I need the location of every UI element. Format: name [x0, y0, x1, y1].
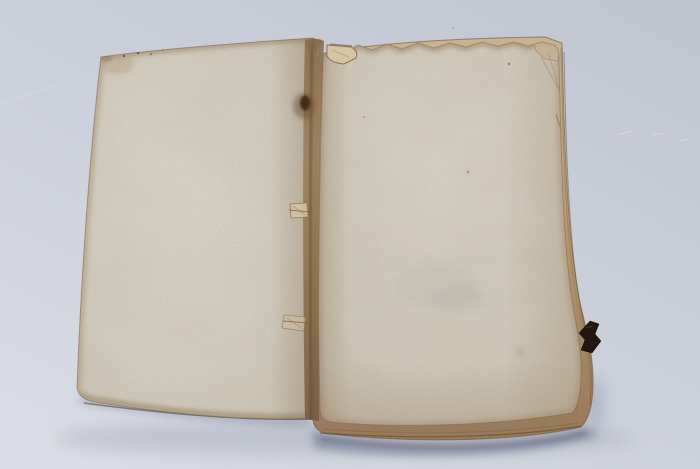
left-page	[70, 30, 330, 430]
sewing-stitch-lower	[282, 315, 308, 331]
right-page-texture	[312, 36, 592, 436]
left-page-texture	[70, 30, 330, 430]
wear-hole	[300, 96, 310, 111]
surface-speck	[452, 27, 454, 29]
sewing-stitch-upper	[289, 203, 310, 218]
right-page	[312, 36, 592, 436]
photo-open-antique-book	[0, 0, 700, 469]
book-photo-canvas	[0, 0, 700, 469]
surface-speck	[666, 206, 668, 208]
